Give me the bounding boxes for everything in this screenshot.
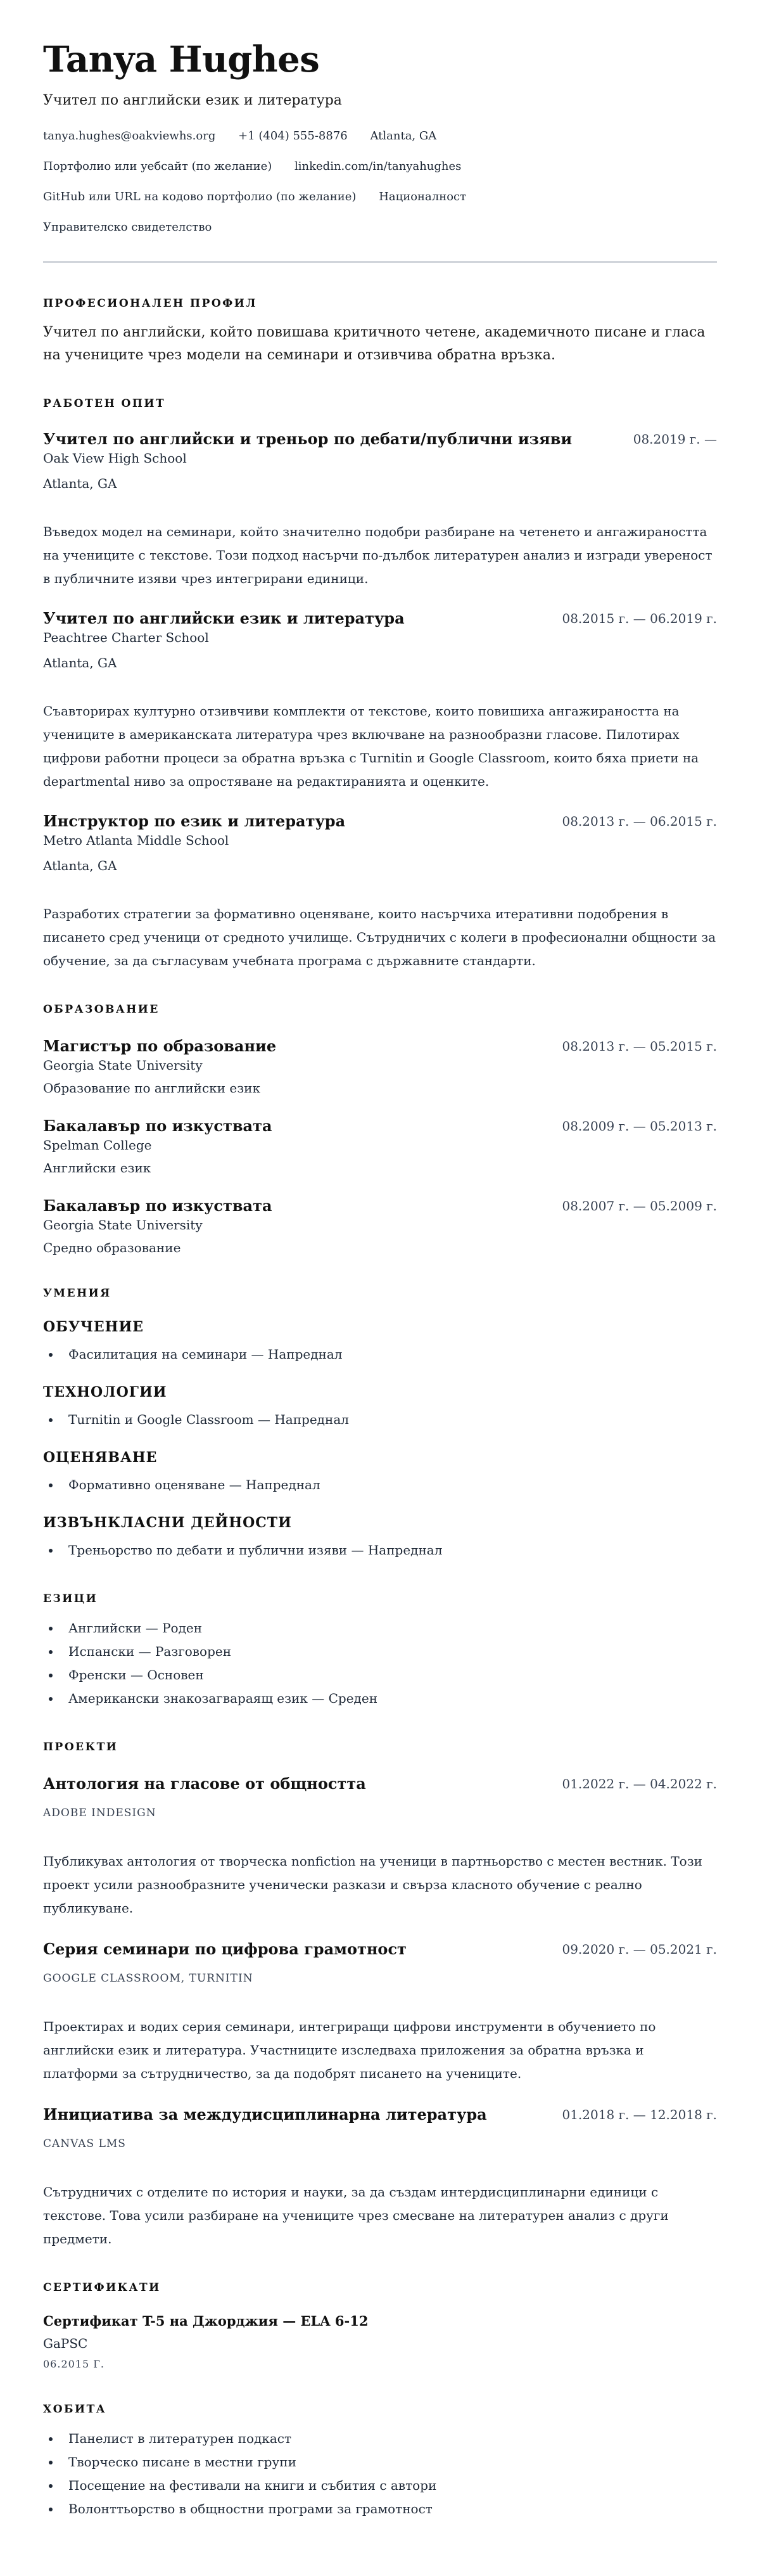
language-item: Американски знакозагвараящ език — Среден [61,1687,717,1710]
phone-text: +1 (404) 555-8876 [238,129,348,143]
project-tech: GOOGLE CLASSROOM, TURNITIN [43,1971,717,1986]
certifications-section: СЕРТИФИКАТИ Сертификат T-5 на Джорджия —… [43,2280,717,2373]
license-text: Управителско свидетелство [43,221,212,234]
linkedin-link[interactable]: linkedin.com/in/tanyahughes [294,160,461,173]
profile-section: ПРОФЕСИОНАЛЕН ПРОФИЛ Учител по английски… [43,296,717,367]
language-item: Английски — Роден [61,1617,717,1640]
contact-row: Управителско свидетелство [43,219,717,250]
skill-list: Формативно оценяване — Напреднал [43,1473,717,1497]
contact-row: Портфолио или уебсайт (по желание) linke… [43,158,717,189]
school-name: Georgia State University [43,1056,717,1074]
section-title: ЕЗИЦИ [43,1591,717,1606]
resume-page: Tanya Hughes Учител по английски език и … [0,0,760,2546]
header-divider [43,261,717,263]
section-title: СЕРТИФИКАТИ [43,2280,717,2295]
job-description: Въведох модел на семинари, който значите… [43,520,717,591]
job-company: Oak View High School [43,449,717,467]
skill-list: Фасилитация на семинари — Напреднал [43,1343,717,1366]
contact-row: tanya.hughes@oakviewhs.org +1 (404) 555-… [43,128,717,158]
candidate-headline: Учител по английски език и литература [43,91,717,110]
project-dates: 01.2018 г. — 12.2018 г. [562,2105,717,2125]
experience-section: РАБОТЕН ОПИТ Учител по английски и трень… [43,396,717,973]
project-entry: Антология на гласове от общността 01.202… [43,1774,717,1920]
candidate-name: Tanya Hughes [43,37,717,82]
hobbies-section: ХОБИТА Панелист в литературен подкаст Тв… [43,2402,717,2521]
project-description: Публикувах антология от творческа nonfic… [43,1850,717,1920]
portfolio-link[interactable]: Портфолио или уебсайт (по желание) [43,160,272,173]
section-title: ХОБИТА [43,2402,717,2417]
skill-group-title: ИЗВЪНКЛАСНИ ДЕЙНОСТИ [43,1513,717,1532]
email-link[interactable]: tanya.hughes@oakviewhs.org [43,129,215,143]
languages-section: ЕЗИЦИ Английски — Роден Испански — Разго… [43,1591,717,1710]
projects-section: ПРОЕКТИ Антология на гласове от общностт… [43,1740,717,2251]
language-item: Испански — Разговорен [61,1640,717,1663]
project-entry: Инициатива за междудисциплинарна литерат… [43,2105,717,2251]
experience-entry: Учител по английски език и литература 08… [43,608,717,793]
certification-name: Сертификат T-5 на Джорджия — ELA 6-12 [43,2312,717,2331]
location-text: Atlanta, GA [370,129,436,143]
certification-issuer: GaPSC [43,2335,717,2352]
nationality-text: Националност [379,190,466,203]
education-entry: Магистър по образование 08.2013 г. — 05.… [43,1036,717,1097]
hobby-item: Посещение на фестивали на книги и събити… [61,2474,717,2497]
degree-dates: 08.2013 г. — 05.2015 г. [562,1036,717,1056]
project-tech: ADOBE INDESIGN [43,1805,717,1821]
skill-group-title: ОБУЧЕНИЕ [43,1317,717,1336]
job-description: Разработих стратегии за формативно оценя… [43,902,717,973]
project-description: Проектирах и водих серия семинари, интег… [43,2015,717,2086]
hobby-item: Волонттьорство в общностни програми за г… [61,2497,717,2521]
degree-dates: 08.2009 г. — 05.2013 г. [562,1116,717,1136]
project-dates: 01.2022 г. — 04.2022 г. [562,1774,717,1794]
project-dates: 09.2020 г. — 05.2021 г. [562,1939,717,1959]
section-title: РАБОТЕН ОПИТ [43,396,717,411]
job-dates: 08.2013 г. — 06.2015 г. [562,811,717,831]
project-tech: CANVAS LMS [43,2136,717,2151]
certification-date: 06.2015 Г. [43,2356,717,2373]
skill-group-title: ТЕХНОЛОГИИ [43,1383,717,1402]
github-link[interactable]: GitHub или URL на кодово портфолио (по ж… [43,190,356,203]
contact-row: GitHub или URL на кодово портфолио (по ж… [43,189,717,219]
section-title: УМЕНИЯ [43,1286,717,1301]
skill-item: Треньорство по дебати и публични изяви —… [61,1539,717,1562]
contact-block: tanya.hughes@oakviewhs.org +1 (404) 555-… [43,128,717,250]
education-section: ОБРАЗОВАНИЕ Магистър по образование 08.2… [43,1002,717,1257]
job-title: Учител по английски и треньор по дебати/… [43,429,717,449]
skill-item: Turnitin и Google Classroom — Напреднал [61,1408,717,1432]
project-entry: Серия семинари по цифрова грамотност 09.… [43,1939,717,2086]
job-dates: 08.2019 г. — [633,429,717,449]
hobby-item: Панелист в литературен подкаст [61,2427,717,2451]
job-description: Съавторирах културно отзивчиви комплекти… [43,700,717,793]
degree-dates: 08.2007 г. — 05.2009 г. [562,1196,717,1216]
job-company: Peachtree Charter School [43,629,717,646]
education-entry: Бакалавър по изкуствата 08.2007 г. — 05.… [43,1196,717,1257]
skill-list: Turnitin и Google Classroom — Напреднал [43,1408,717,1432]
school-name: Georgia State University [43,1216,717,1234]
field-of-study: Английски език [43,1159,717,1177]
job-location: Atlanta, GA [43,475,717,492]
resume-header: Tanya Hughes Учител по английски език и … [43,37,717,250]
language-list: Английски — Роден Испански — Разговорен … [43,1617,717,1710]
field-of-study: Средно образование [43,1239,717,1257]
job-location: Atlanta, GA [43,857,717,875]
skill-item: Фасилитация на семинари — Напреднал [61,1343,717,1366]
project-description: Сътрудничих с отделите по история и наук… [43,2181,717,2251]
section-title: ПРОФЕСИОНАЛЕН ПРОФИЛ [43,296,717,311]
hobby-item: Творческо писане в местни групи [61,2451,717,2474]
field-of-study: Образование по английски език [43,1079,717,1097]
experience-entry: Инструктор по език и литература 08.2013 … [43,811,717,973]
hobby-list: Панелист в литературен подкаст Творческо… [43,2427,717,2521]
language-item: Френски — Основен [61,1663,717,1687]
school-name: Spelman College [43,1136,717,1154]
education-entry: Бакалавър по изкуствата 08.2009 г. — 05.… [43,1116,717,1177]
job-location: Atlanta, GA [43,654,717,672]
job-company: Metro Atlanta Middle School [43,831,717,849]
job-dates: 08.2015 г. — 06.2019 г. [562,608,717,629]
skills-section: УМЕНИЯ ОБУЧЕНИЕ Фасилитация на семинари … [43,1286,717,1562]
section-title: ПРОЕКТИ [43,1740,717,1755]
skill-list: Треньорство по дебати и публични изяви —… [43,1539,717,1562]
skill-item: Формативно оценяване — Напреднал [61,1473,717,1497]
skill-group-title: ОЦЕНЯВАНЕ [43,1448,717,1467]
section-title: ОБРАЗОВАНИЕ [43,1002,717,1017]
profile-summary: Учител по английски, който повишава крит… [43,321,717,367]
experience-entry: Учител по английски и треньор по дебати/… [43,429,717,591]
